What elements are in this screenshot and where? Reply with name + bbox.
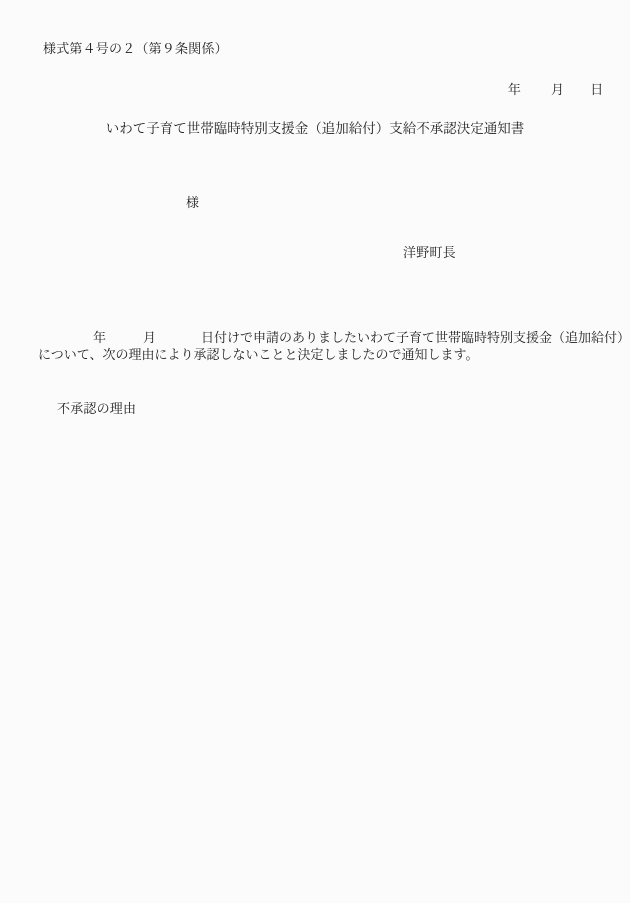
issue-date-day-label: 日 xyxy=(590,82,603,97)
applied-date-day-blank[interactable] xyxy=(156,340,201,342)
form-number: 様式第４号の２（第９条関係） xyxy=(43,42,228,57)
body-paragraph-line2: について、次の理由により承認しないことと決定しましたので通知します。 xyxy=(38,348,478,363)
document-title: いわて子育て世帯臨時特別支援金（追加給付）支給不承認決定通知書 xyxy=(0,121,630,137)
applied-date-year-label: 年 xyxy=(93,330,106,345)
addressee-honorific: 様 xyxy=(186,196,199,211)
body-line1-text: 日付けで申請のありましたいわて子育て世帯臨時特別支援金（追加給付） xyxy=(201,330,630,345)
reason-content-blank-area[interactable] xyxy=(40,425,590,855)
issue-date-month-label: 月 xyxy=(551,82,564,97)
notice-document-page: 様式第４号の２（第９条関係） 年月日 いわて子育て世帯臨時特別支援金（追加給付）… xyxy=(0,0,630,903)
applied-date-month-blank[interactable] xyxy=(106,340,143,342)
reason-heading: 不承認の理由 xyxy=(57,402,136,417)
sender-title: 洋野町長 xyxy=(403,246,456,261)
applied-date-month-label: 月 xyxy=(143,330,156,345)
issue-date-day-blank[interactable] xyxy=(564,92,590,94)
applied-date-year-blank[interactable] xyxy=(53,340,93,342)
issue-date-line: 年月日 xyxy=(494,68,603,113)
issue-date-month-blank[interactable] xyxy=(521,92,551,94)
issue-date-year-label: 年 xyxy=(508,82,521,97)
